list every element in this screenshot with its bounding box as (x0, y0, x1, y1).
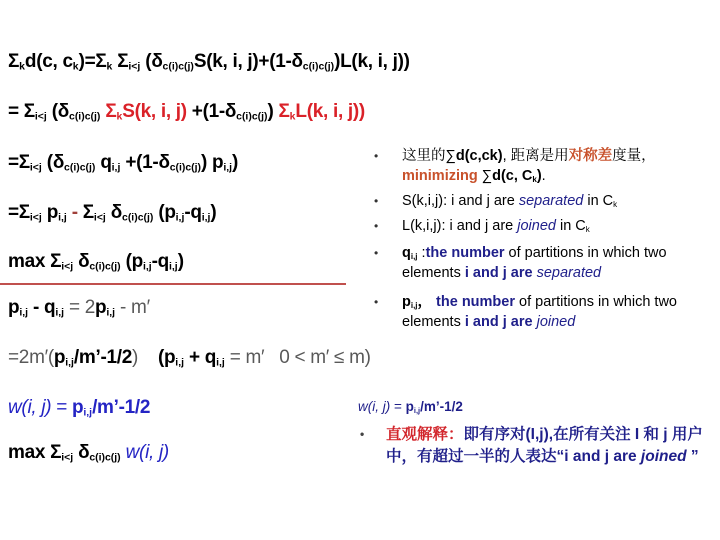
bullet-icon: • (374, 243, 402, 262)
formula-2m-prime: =2m′(pi,j/m’-1/2) (pi,j + qi,j = m′ 0 < … (8, 346, 371, 370)
slide: Σkd(c, ck)=Σk Σi<j (δc(i)c(j)S(k, i, j)+… (0, 0, 720, 540)
bullet-icon: • (374, 191, 402, 210)
bullet-p-definition: • pi,j， the number of partitions in whic… (374, 292, 718, 332)
bullet-intuitive-explanation: • 直观解释：即有序对(I,j),在所有关注 I 和 j 用户中，有超过一半的人… (360, 424, 712, 468)
bullet-intuitive-explanation-text: 直观解释：即有序对(I,j),在所有关注 I 和 j 用户中，有超过一半的人表达… (386, 424, 712, 468)
bullet-l-definition-text: L(k,i,j): i and j are joined in Ck (402, 216, 718, 236)
formula-expanded-sums: = Σi<j (δc(i)c(j) ΣkS(k, i, j) +(1-δc(i)… (8, 100, 365, 124)
formula-w-definition-small: w(i, j) = pi,j/m’-1/2 (358, 399, 463, 416)
formula-p-minus-q: pi,j - qi,j = 2pi,j - m′ (8, 296, 150, 320)
bullet-q-definition: • qi,j :the number of partitions in whic… (374, 243, 718, 283)
bullet-p-definition-text: pi,j， the number of partitions in which … (402, 292, 718, 332)
formula-total-distance: Σkd(c, ck)=Σk Σi<j (δc(i)c(j)S(k, i, j)+… (8, 50, 410, 74)
bullet-icon: • (360, 424, 386, 443)
bullet-l-definition: • L(k,i,j): i and j are joined in Ck (374, 216, 718, 236)
formula-q-p-substitution: =Σi<j (δc(i)c(j) qi,j +(1-δc(i)c(j)) pi,… (8, 151, 238, 175)
bullet-icon: • (374, 216, 402, 235)
bullet-symmetric-difference-text: 这里的∑d(c,ck), 距离是用对称差度量，minimizing ∑d(c, … (402, 146, 718, 186)
formula-max-w: max Σi<j δc(i)c(j) w(i, j) (8, 441, 169, 465)
bullet-icon: • (374, 146, 402, 165)
bullet-symmetric-difference: • 这里的∑d(c,ck), 距离是用对称差度量，minimizing ∑d(c… (374, 146, 718, 186)
formula-max-objective: max Σi<j δc(i)c(j) (pi,j-qi,j) (8, 250, 184, 274)
bullet-q-definition-text: qi,j :the number of partitions in which … (402, 243, 718, 283)
formula-split-terms: =Σi<j pi,j - Σi<j δc(i)c(j) (pi,j-qi,j) (8, 201, 216, 225)
formula-w-definition: w(i, j) = pi,j/m’-1/2 (8, 396, 150, 420)
bullet-s-definition: • S(k,i,j): i and j are separated in Ck (374, 191, 718, 211)
divider-line (0, 283, 346, 285)
bullet-s-definition-text: S(k,i,j): i and j are separated in Ck (402, 191, 718, 211)
bullet-icon: • (374, 292, 402, 311)
